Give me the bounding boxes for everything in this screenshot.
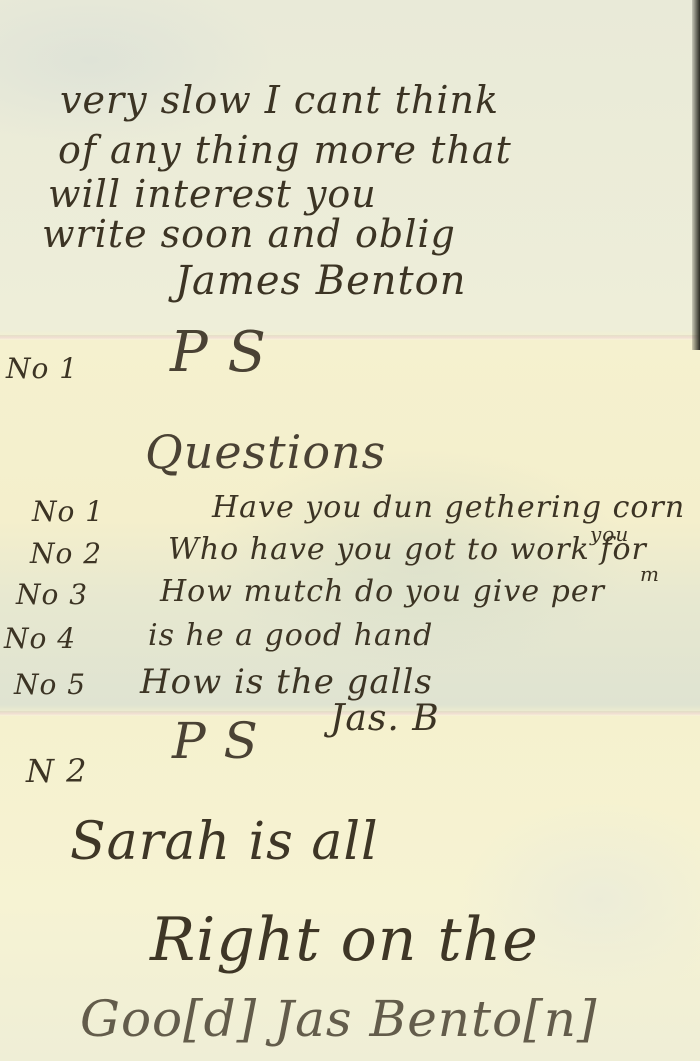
- letter-line-4: write soon and oblig: [42, 212, 456, 256]
- ps2-line-2: Right on the: [150, 905, 539, 975]
- questions-heading: Questions: [145, 425, 386, 479]
- ps2-line-1: Sarah is all: [70, 812, 379, 872]
- ps2-number: N 2: [26, 752, 88, 790]
- question-3-superscript: m: [640, 562, 660, 586]
- ps1-label: P S: [170, 320, 267, 385]
- letter-line-3: will interest you: [48, 172, 377, 216]
- letter-line-1: very slow I cant think: [60, 78, 499, 122]
- question-3-text: How mutch do you give per: [160, 574, 605, 609]
- question-4-text: is he a good hand: [148, 618, 433, 653]
- ps2-label: P S: [172, 712, 259, 770]
- question-5-text: How is the galls: [140, 662, 433, 702]
- question-2-number: No 2: [30, 537, 102, 570]
- question-2-text: Who have you got to work for: [168, 532, 647, 567]
- letter-line-2: of any thing more that: [58, 128, 512, 172]
- ps1-number: No 1: [6, 352, 78, 385]
- initials-signature: Jas. B: [330, 698, 440, 739]
- question-5-number: No 5: [14, 668, 86, 701]
- page-edge-shadow: [692, 0, 700, 350]
- question-3-number: No 3: [16, 578, 88, 611]
- question-1-number: No 1: [32, 495, 104, 528]
- signature: James Benton: [175, 258, 466, 304]
- paper-fold-upper: [0, 335, 700, 340]
- closing-signature: Goo[d] Jas Bento[n]: [80, 990, 597, 1048]
- question-1-text: Have you dun gethering corn: [212, 490, 685, 525]
- question-4-number: No 4: [4, 622, 76, 655]
